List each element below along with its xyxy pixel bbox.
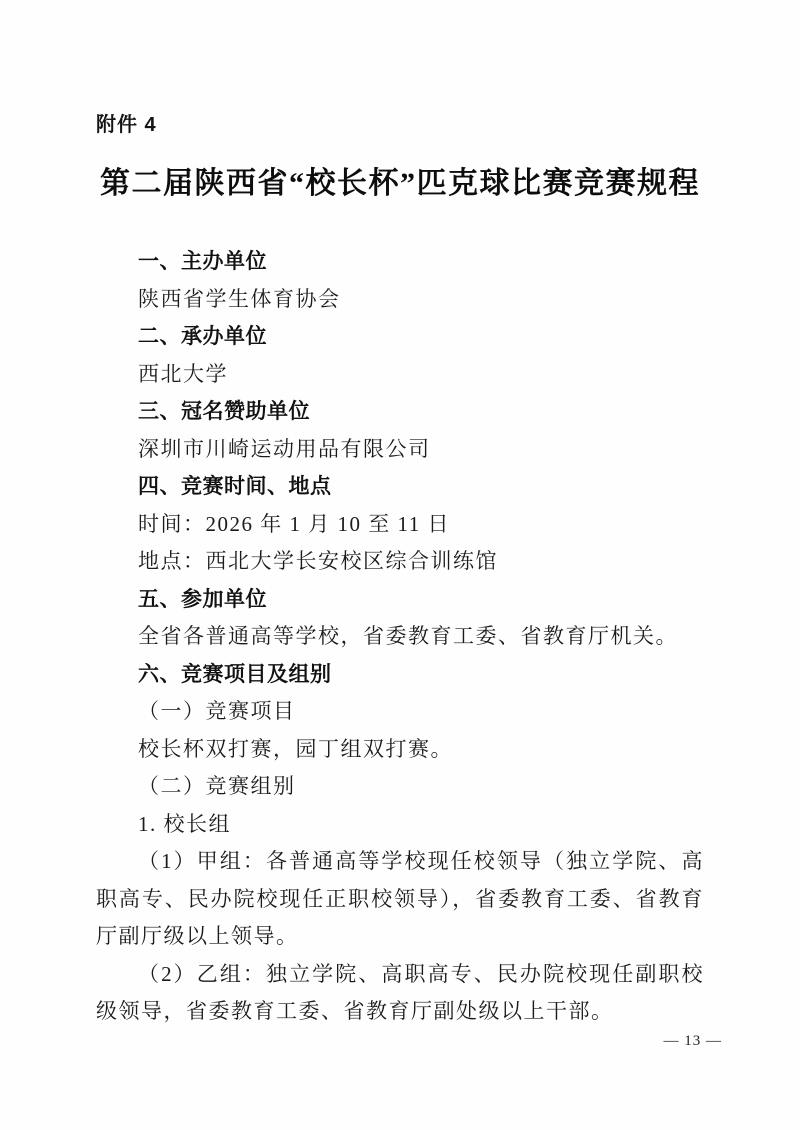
document-page: 附件 4 第二届陕西省“校长杯”匹克球比赛竞赛规程 一、主办单位 陕西省学生体育… [0, 0, 800, 1131]
paragraph-host-name: 陕西省学生体育协会 [96, 281, 704, 319]
page-number: — 13 — [664, 1033, 723, 1050]
paragraph-time: 时间：2026 年 1 月 10 至 11 日 [96, 506, 704, 544]
section-heading-participants: 五、参加单位 [96, 581, 704, 619]
attachment-label: 附件 4 [96, 112, 704, 138]
paragraph-group-a: （1）甲组：各普通高等学校现任校领导（独立学院、高职高专、民办院校现任正职校领导… [96, 843, 704, 956]
paragraph-principal-group: 1. 校长组 [96, 806, 704, 844]
paragraph-groups-subheading: （二）竞赛组别 [96, 768, 704, 806]
section-heading-host: 一、主办单位 [96, 243, 704, 281]
section-heading-time-place: 四、竞赛时间、地点 [96, 468, 704, 506]
document-body: 一、主办单位 陕西省学生体育协会 二、承办单位 西北大学 三、冠名赞助单位 深圳… [96, 243, 704, 1031]
paragraph-organizer-name: 西北大学 [96, 356, 704, 394]
section-heading-sponsor: 三、冠名赞助单位 [96, 393, 704, 431]
section-heading-events-groups: 六、竞赛项目及组别 [96, 656, 704, 694]
paragraph-sponsor-name: 深圳市川崎运动用品有限公司 [96, 431, 704, 469]
paragraph-place: 地点：西北大学长安校区综合训练馆 [96, 543, 704, 581]
paragraph-events-list: 校长杯双打赛，园丁组双打赛。 [96, 731, 704, 769]
page-title: 第二届陕西省“校长杯”匹克球比赛竞赛规程 [96, 164, 704, 204]
section-heading-organizer: 二、承办单位 [96, 318, 704, 356]
paragraph-participants: 全省各普通高等学校，省委教育工委、省教育厅机关。 [96, 618, 704, 656]
paragraph-events-subheading: （一）竞赛项目 [96, 693, 704, 731]
paragraph-group-b: （2）乙组：独立学院、高职高专、民办院校现任副职校级领导，省委教育工委、省教育厅… [96, 956, 704, 1031]
